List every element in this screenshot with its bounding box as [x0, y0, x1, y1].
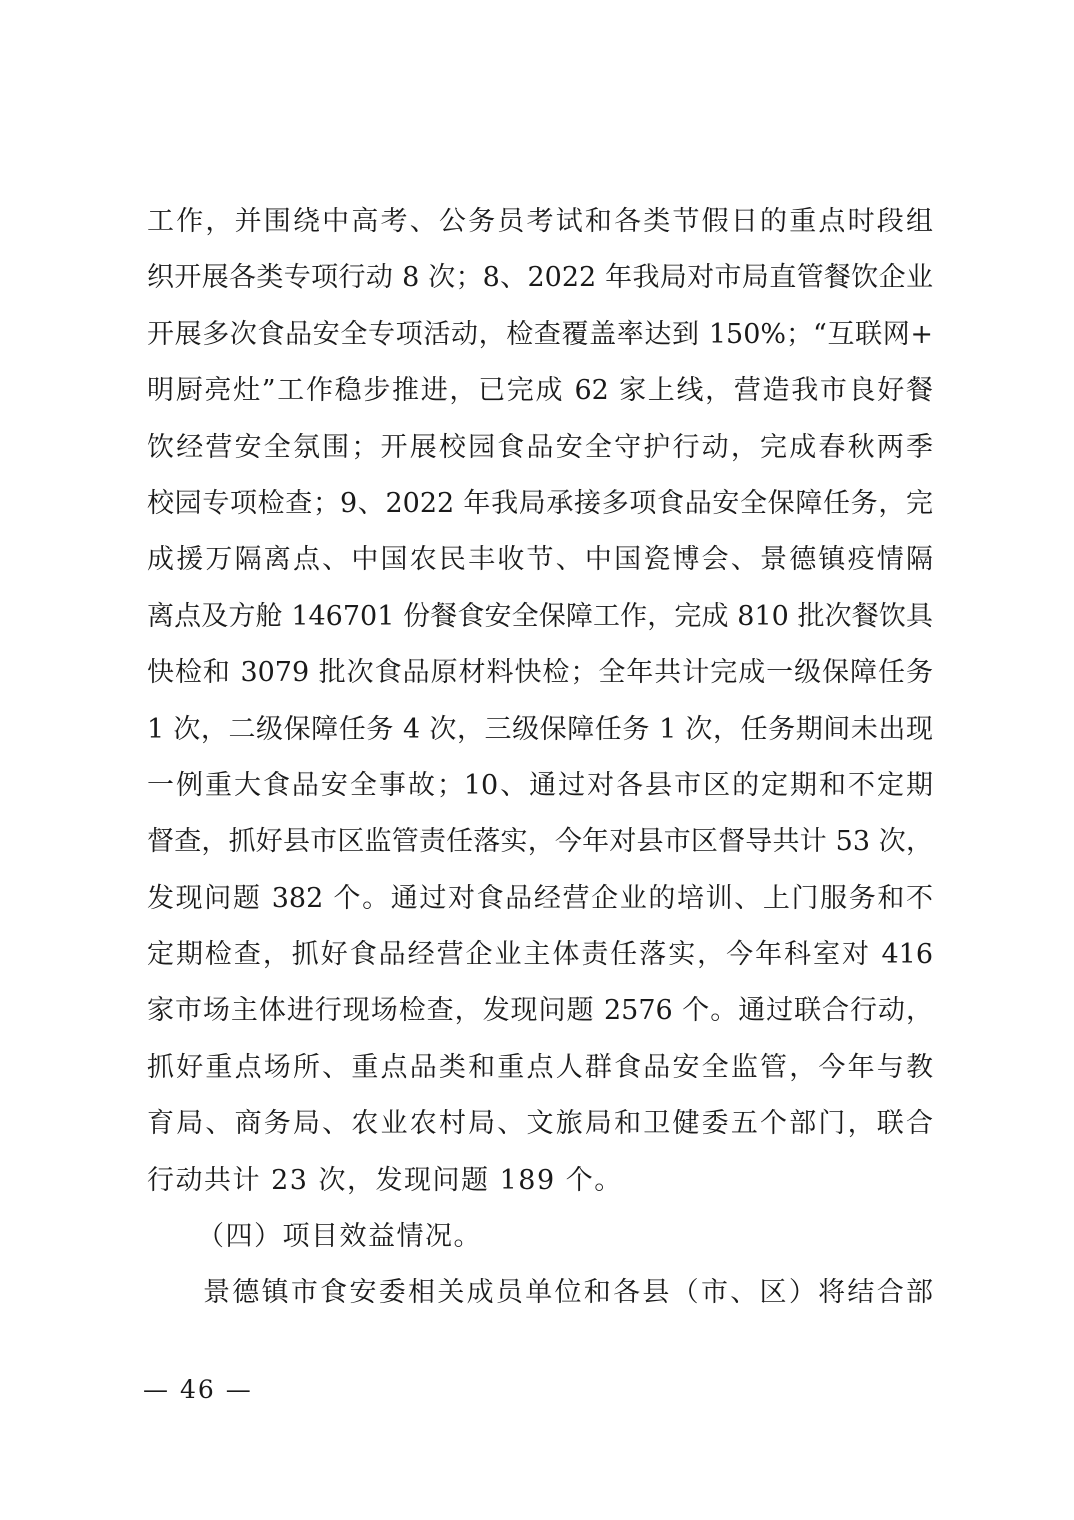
text-line: 饮经营安全氛围；开展校园食品安全守护行动，完成春秋两季 [147, 420, 933, 476]
text-line: 督查，抓好县市区监管责任落实，今年对县市区督导共计 53 次， [147, 814, 933, 870]
text-line: 定期检查，抓好食品经营企业主体责任落实，今年科室对 416 [147, 927, 933, 983]
text-line: 育局、商务局、农业农村局、文旅局和卫健委五个部门，联合 [147, 1096, 933, 1152]
body-text: 工作，并围绕中高考、公务员考试和各类节假日的重点时段组 织开展各类专项行动 8 … [147, 194, 933, 1322]
page-number: — 46 — [143, 1372, 253, 1408]
text-line: 成援万隔离点、中国农民丰收节、中国瓷博会、景德镇疫情隔 [147, 532, 933, 588]
document-page: 工作，并围绕中高考、公务员考试和各类节假日的重点时段组 织开展各类专项行动 8 … [0, 0, 1074, 1520]
text-line: 发现问题 382 个。通过对食品经营企业的培训、上门服务和不 [147, 871, 933, 927]
text-line: 1 次，二级保障任务 4 次，三级保障任务 1 次，任务期间未出现 [147, 702, 933, 758]
paragraph-last-line: 行动共计 23 次，发现问题 189 个。 [147, 1153, 933, 1209]
text-line: 快检和 3079 批次食品原材料快检；全年共计完成一级保障任务 [147, 645, 933, 701]
text-line: 工作，并围绕中高考、公务员考试和各类节假日的重点时段组 [147, 194, 933, 250]
text-line: 家市场主体进行现场检查，发现问题 2576 个。通过联合行动， [147, 983, 933, 1039]
text-line: 织开展各类专项行动 8 次；8、2022 年我局对市局直管餐饮企业 [147, 250, 933, 306]
text-line: 一例重大食品安全事故；10、通过对各县市区的定期和不定期 [147, 758, 933, 814]
text-line: 开展多次食品安全专项活动，检查覆盖率达到 150%；“互联网+ [147, 307, 933, 363]
section-heading: （四）项目效益情况。 [147, 1209, 933, 1265]
text-line: 校园专项检查；9、2022 年我局承接多项食品安全保障任务，完 [147, 476, 933, 532]
text-line: 离点及方舱 146701 份餐食安全保障工作，完成 810 批次餐饮具 [147, 589, 933, 645]
text-line: 抓好重点场所、重点品类和重点人群食品安全监管，今年与教 [147, 1040, 933, 1096]
text-line: 明厨亮灶”工作稳步推进，已完成 62 家上线，营造我市良好餐 [147, 363, 933, 419]
paragraph-first-line: 景德镇市食安委相关成员单位和各县（市、区）将结合部 [147, 1265, 933, 1321]
